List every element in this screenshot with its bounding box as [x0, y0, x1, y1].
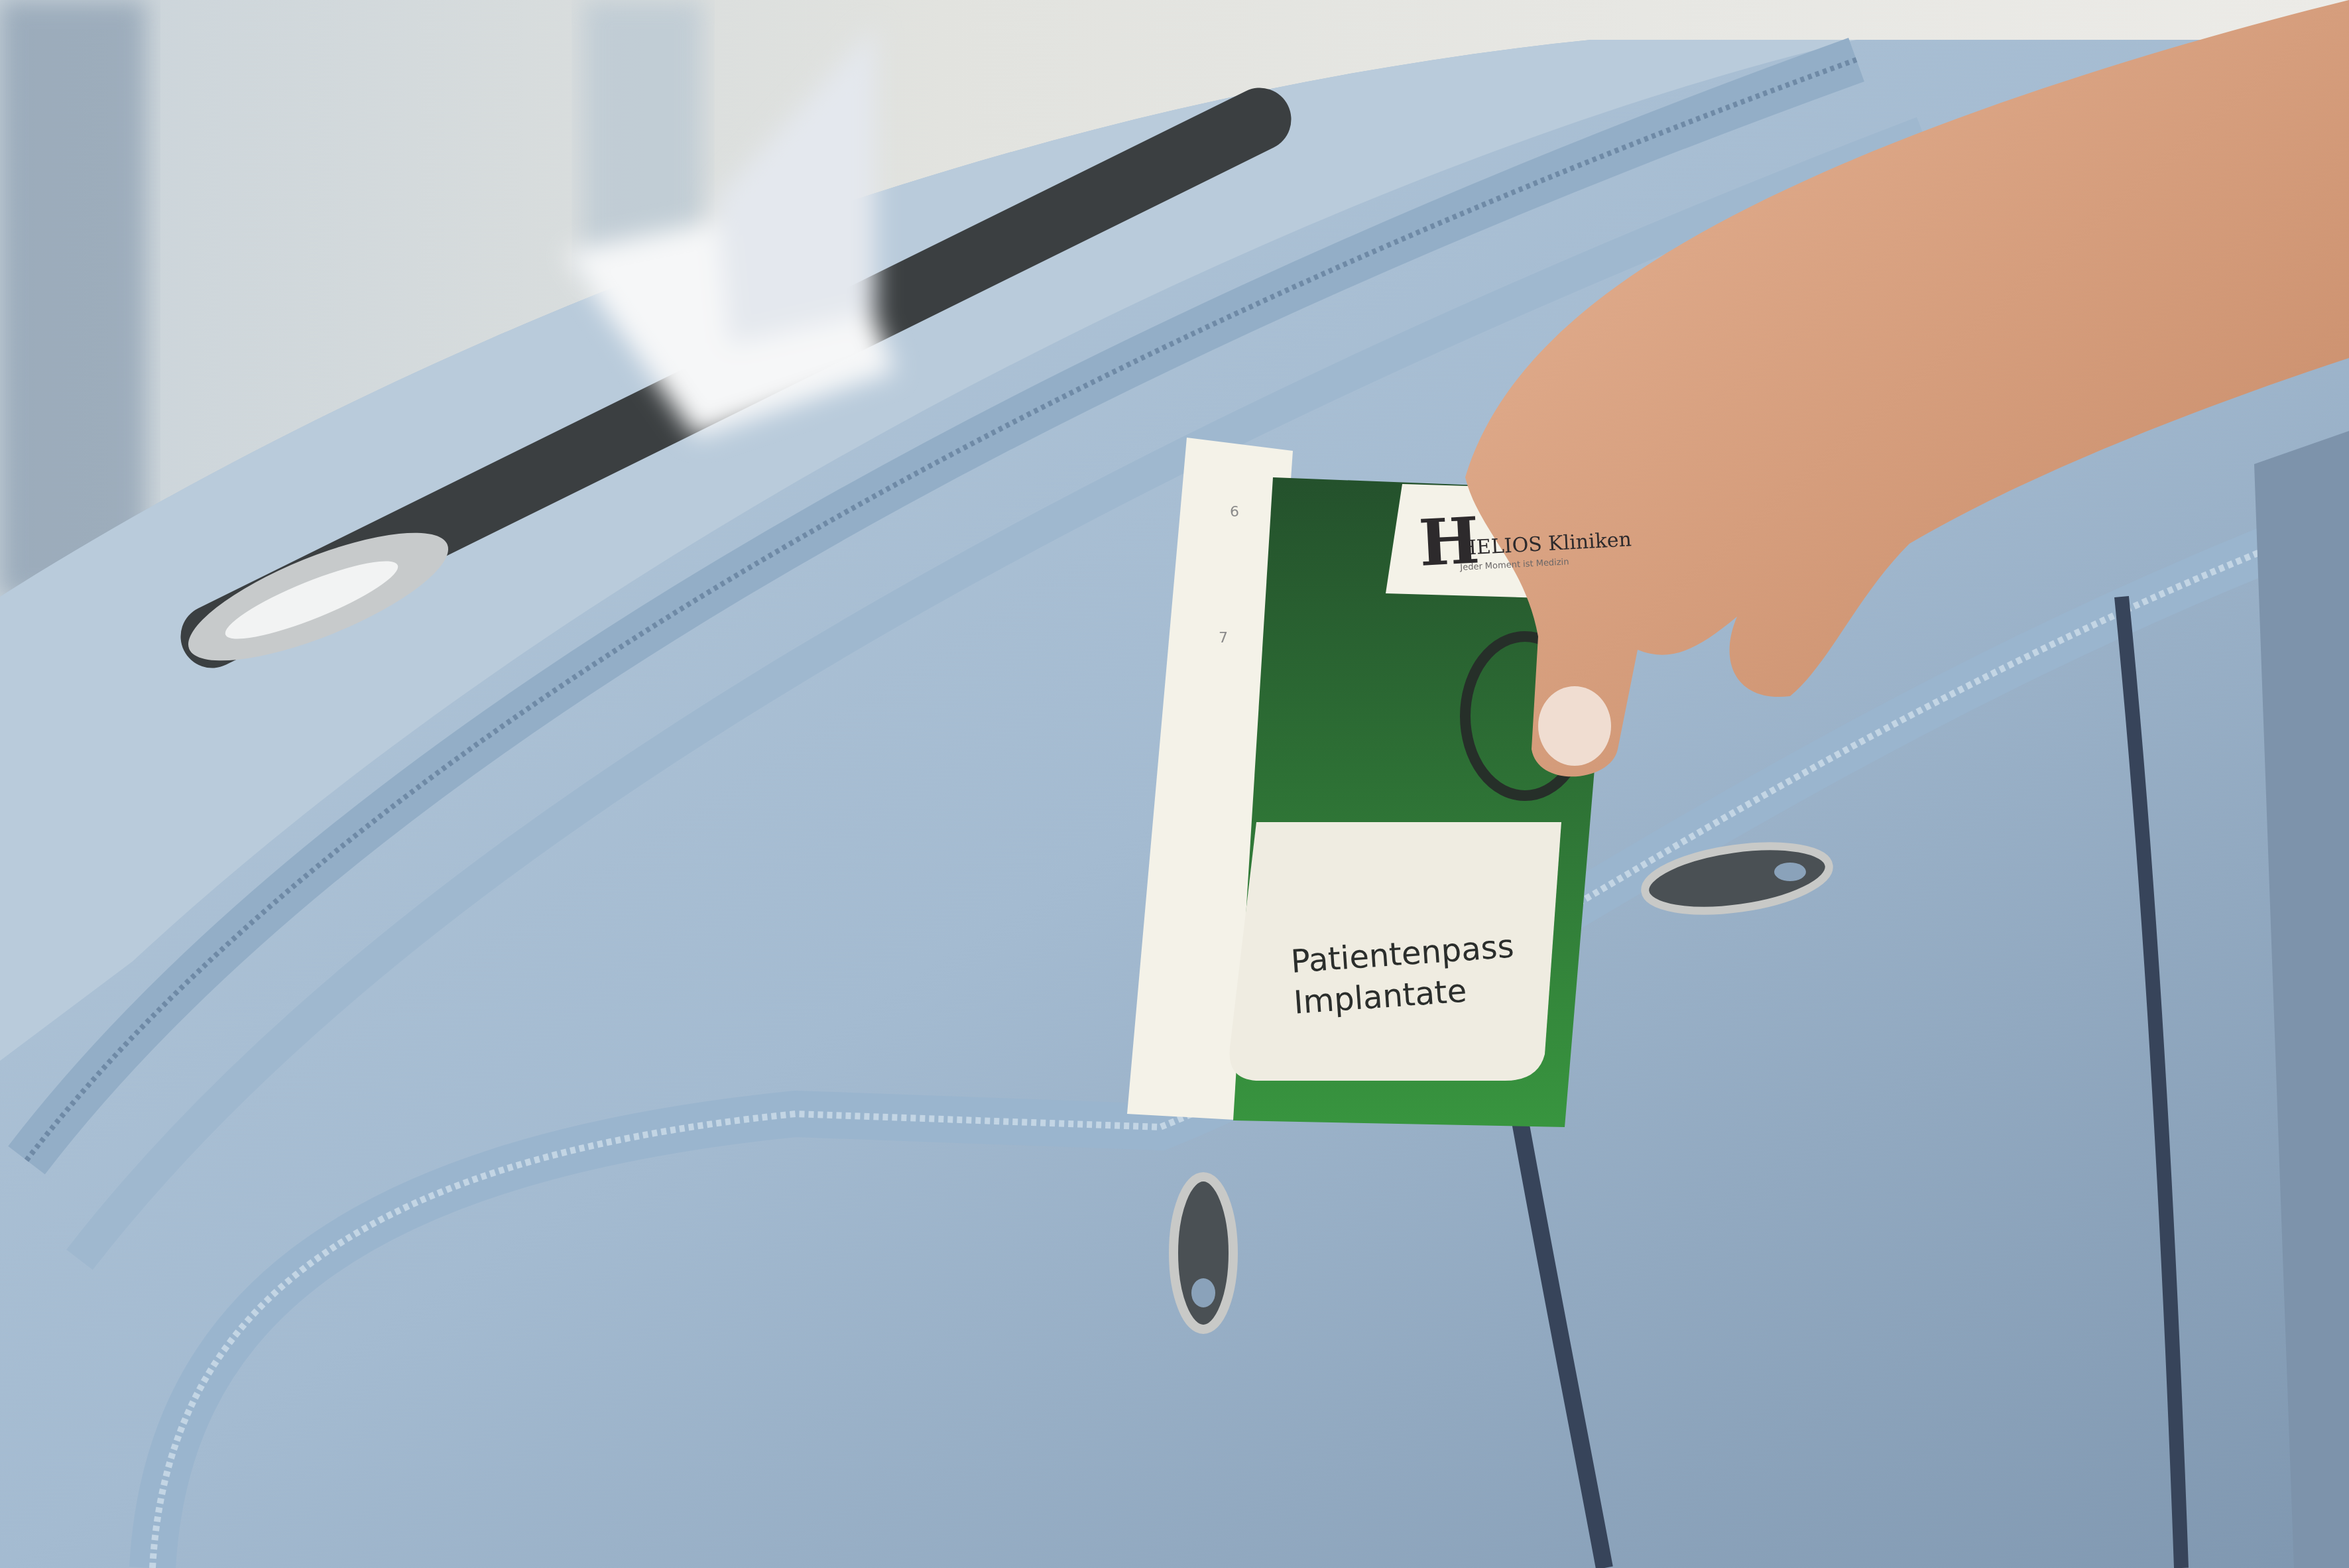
- helios-h-mark-icon: H: [1417, 503, 1480, 581]
- photo-illustration: [0, 0, 2349, 1568]
- spine-number: 6: [1230, 504, 1239, 520]
- spine-number: 7: [1219, 630, 1228, 646]
- photo-scene: H HELIOS Kliniken Jeder Moment ist Mediz…: [0, 0, 2349, 1568]
